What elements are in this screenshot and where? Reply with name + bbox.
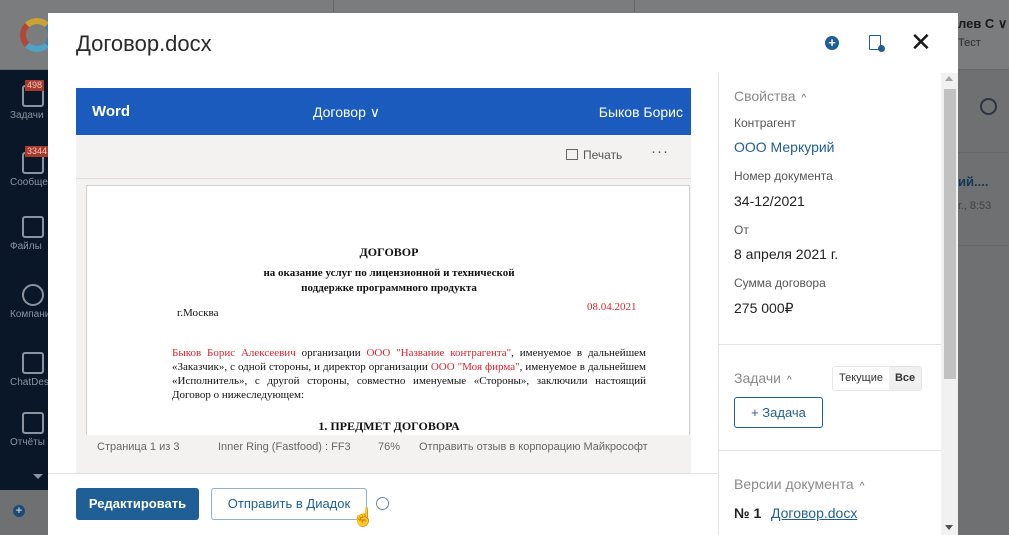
date-value: 8 апреля 2021 г.: [734, 246, 838, 262]
counterparty-label: Контрагент: [734, 116, 796, 130]
hand-cursor-icon: ☝: [352, 507, 374, 528]
amount-value: 275 000₽: [734, 300, 794, 317]
doc-city: г.Москва: [177, 307, 218, 319]
document-send-icon[interactable]: [869, 35, 881, 50]
chevron-up-icon: ^: [787, 375, 792, 386]
close-icon[interactable]: ✕: [910, 27, 932, 57]
divider: [719, 344, 941, 345]
chat-icon: [22, 352, 44, 374]
filter-all[interactable]: Все: [889, 367, 921, 390]
doc-text: организации: [296, 347, 367, 359]
add-task-button[interactable]: + Задача: [734, 397, 823, 428]
tasks-badge: 498: [25, 80, 44, 91]
chevron-up-icon: ^: [860, 481, 865, 492]
doc-org-own: ООО "Моя фирма": [431, 361, 520, 373]
divider: [48, 473, 718, 474]
properties-section-toggle[interactable]: Свойства^: [734, 88, 806, 104]
word-brand[interactable]: Word: [92, 103, 130, 120]
versions-title: Версии документа: [734, 476, 854, 492]
sidebar-item-chatdesk[interactable]: ChatDesk: [0, 352, 48, 388]
divider: [958, 245, 1009, 246]
filter-current[interactable]: Текущие: [833, 367, 889, 390]
file-icon: [22, 216, 44, 238]
document-modal: Договор.docx + ✕ Word Договор ∨ Быков Бо…: [48, 13, 958, 535]
scroll-down-arrow-icon[interactable]: [945, 525, 953, 530]
add-circle-icon[interactable]: +: [825, 36, 839, 50]
page-indicator: Страница 1 из 3: [97, 441, 179, 453]
tasks-title: Задачи: [734, 370, 781, 386]
zoom-level[interactable]: 76%: [378, 441, 400, 453]
doc-subheading: на оказание услуг по лицензионной и техн…: [87, 266, 690, 296]
scroll-up-arrow-icon[interactable]: [945, 76, 953, 81]
word-user[interactable]: Быков Борис: [599, 104, 683, 120]
divider: [718, 73, 719, 535]
report-icon: [22, 412, 44, 434]
sidebar-more-arrow-icon[interactable]: [33, 474, 43, 479]
user-name[interactable]: лев С ∨: [958, 16, 1007, 32]
doc-org-client: ООО "Название контрагента": [366, 347, 511, 359]
document-name-dropdown[interactable]: Договор ∨: [313, 104, 380, 121]
doc-subheading-text: на оказание услуг по лицензионной и техн…: [263, 267, 514, 294]
tasks-section-toggle[interactable]: Задачи^: [734, 370, 792, 386]
divider: [719, 450, 941, 451]
doc-heading: ДОГОВОР: [87, 245, 690, 260]
list-item-title[interactable]: ий....: [958, 174, 988, 189]
version-number: № 1: [734, 505, 761, 521]
properties-title: Свойства: [734, 88, 795, 104]
doc-date: 08.04.2021: [587, 301, 637, 313]
counterparty-link[interactable]: ООО Меркурий: [734, 139, 835, 155]
divider: [958, 69, 1009, 70]
divider: [333, 0, 334, 12]
list-item-time: г., 8:53: [958, 200, 991, 212]
doc-number-value: 34-12/2021: [734, 193, 805, 209]
sidebar-item-company[interactable]: Компания: [0, 284, 48, 320]
doc-number-label: Номер документа: [734, 169, 833, 183]
sidebar-item-reports[interactable]: Отчёты ChatDesk: [0, 412, 48, 448]
word-header: Word Договор ∨ Быков Борис: [76, 88, 691, 135]
divider: [634, 0, 635, 12]
edit-button[interactable]: Редактировать: [76, 488, 199, 520]
doc-paragraph: Быков Борис Алексеевич организации ООО "…: [172, 346, 646, 402]
gear-icon[interactable]: [980, 98, 997, 115]
tasks-filter: Текущие Все: [832, 366, 922, 391]
add-circle-icon[interactable]: +: [13, 505, 25, 517]
sidebar-item-files[interactable]: Файлы: [0, 216, 48, 252]
date-label: От: [734, 223, 749, 237]
modal-title: Договор.docx: [76, 31, 212, 57]
ring-indicator: Inner Ring (Fastfood) : FF3: [218, 441, 351, 453]
print-button[interactable]: Печать: [566, 148, 622, 162]
chevron-up-icon: ^: [801, 93, 806, 104]
doc-person: Быков Борис Алексеевич: [172, 347, 296, 359]
user-org: Тест: [958, 37, 981, 49]
amount-label: Сумма договора: [734, 276, 826, 290]
feedback-link[interactable]: Отправить отзыв в корпорацию Майкрософт: [419, 441, 648, 453]
word-viewer: Word Договор ∨ Быков Борис Печать ··· ДО…: [76, 88, 691, 473]
printer-icon: [566, 149, 578, 160]
divider: [958, 152, 1009, 153]
version-link[interactable]: Договор.docx: [771, 505, 857, 521]
versions-section-toggle[interactable]: Версии документа^: [734, 476, 864, 492]
doc-section-title: 1. ПРЕДМЕТ ДОГОВОРА: [87, 419, 690, 434]
scrollbar-thumb[interactable]: [944, 89, 956, 379]
word-status-bar: Страница 1 из 3 Inner Ring (Fastfood) : …: [76, 435, 691, 459]
more-options-button[interactable]: ···: [651, 143, 669, 160]
word-toolbar: Печать ···: [76, 135, 691, 179]
sidebar-item-messages[interactable]: Сообщения: [0, 152, 48, 188]
document-page[interactable]: ДОГОВОР на оказание услуг по лицензионно…: [86, 185, 690, 435]
people-icon: [22, 284, 44, 306]
messages-badge: 3344: [25, 146, 49, 157]
send-to-diadoc-button[interactable]: Отправить в Диадок: [211, 488, 367, 520]
print-label: Печать: [583, 148, 622, 162]
gear-icon[interactable]: [376, 497, 389, 510]
